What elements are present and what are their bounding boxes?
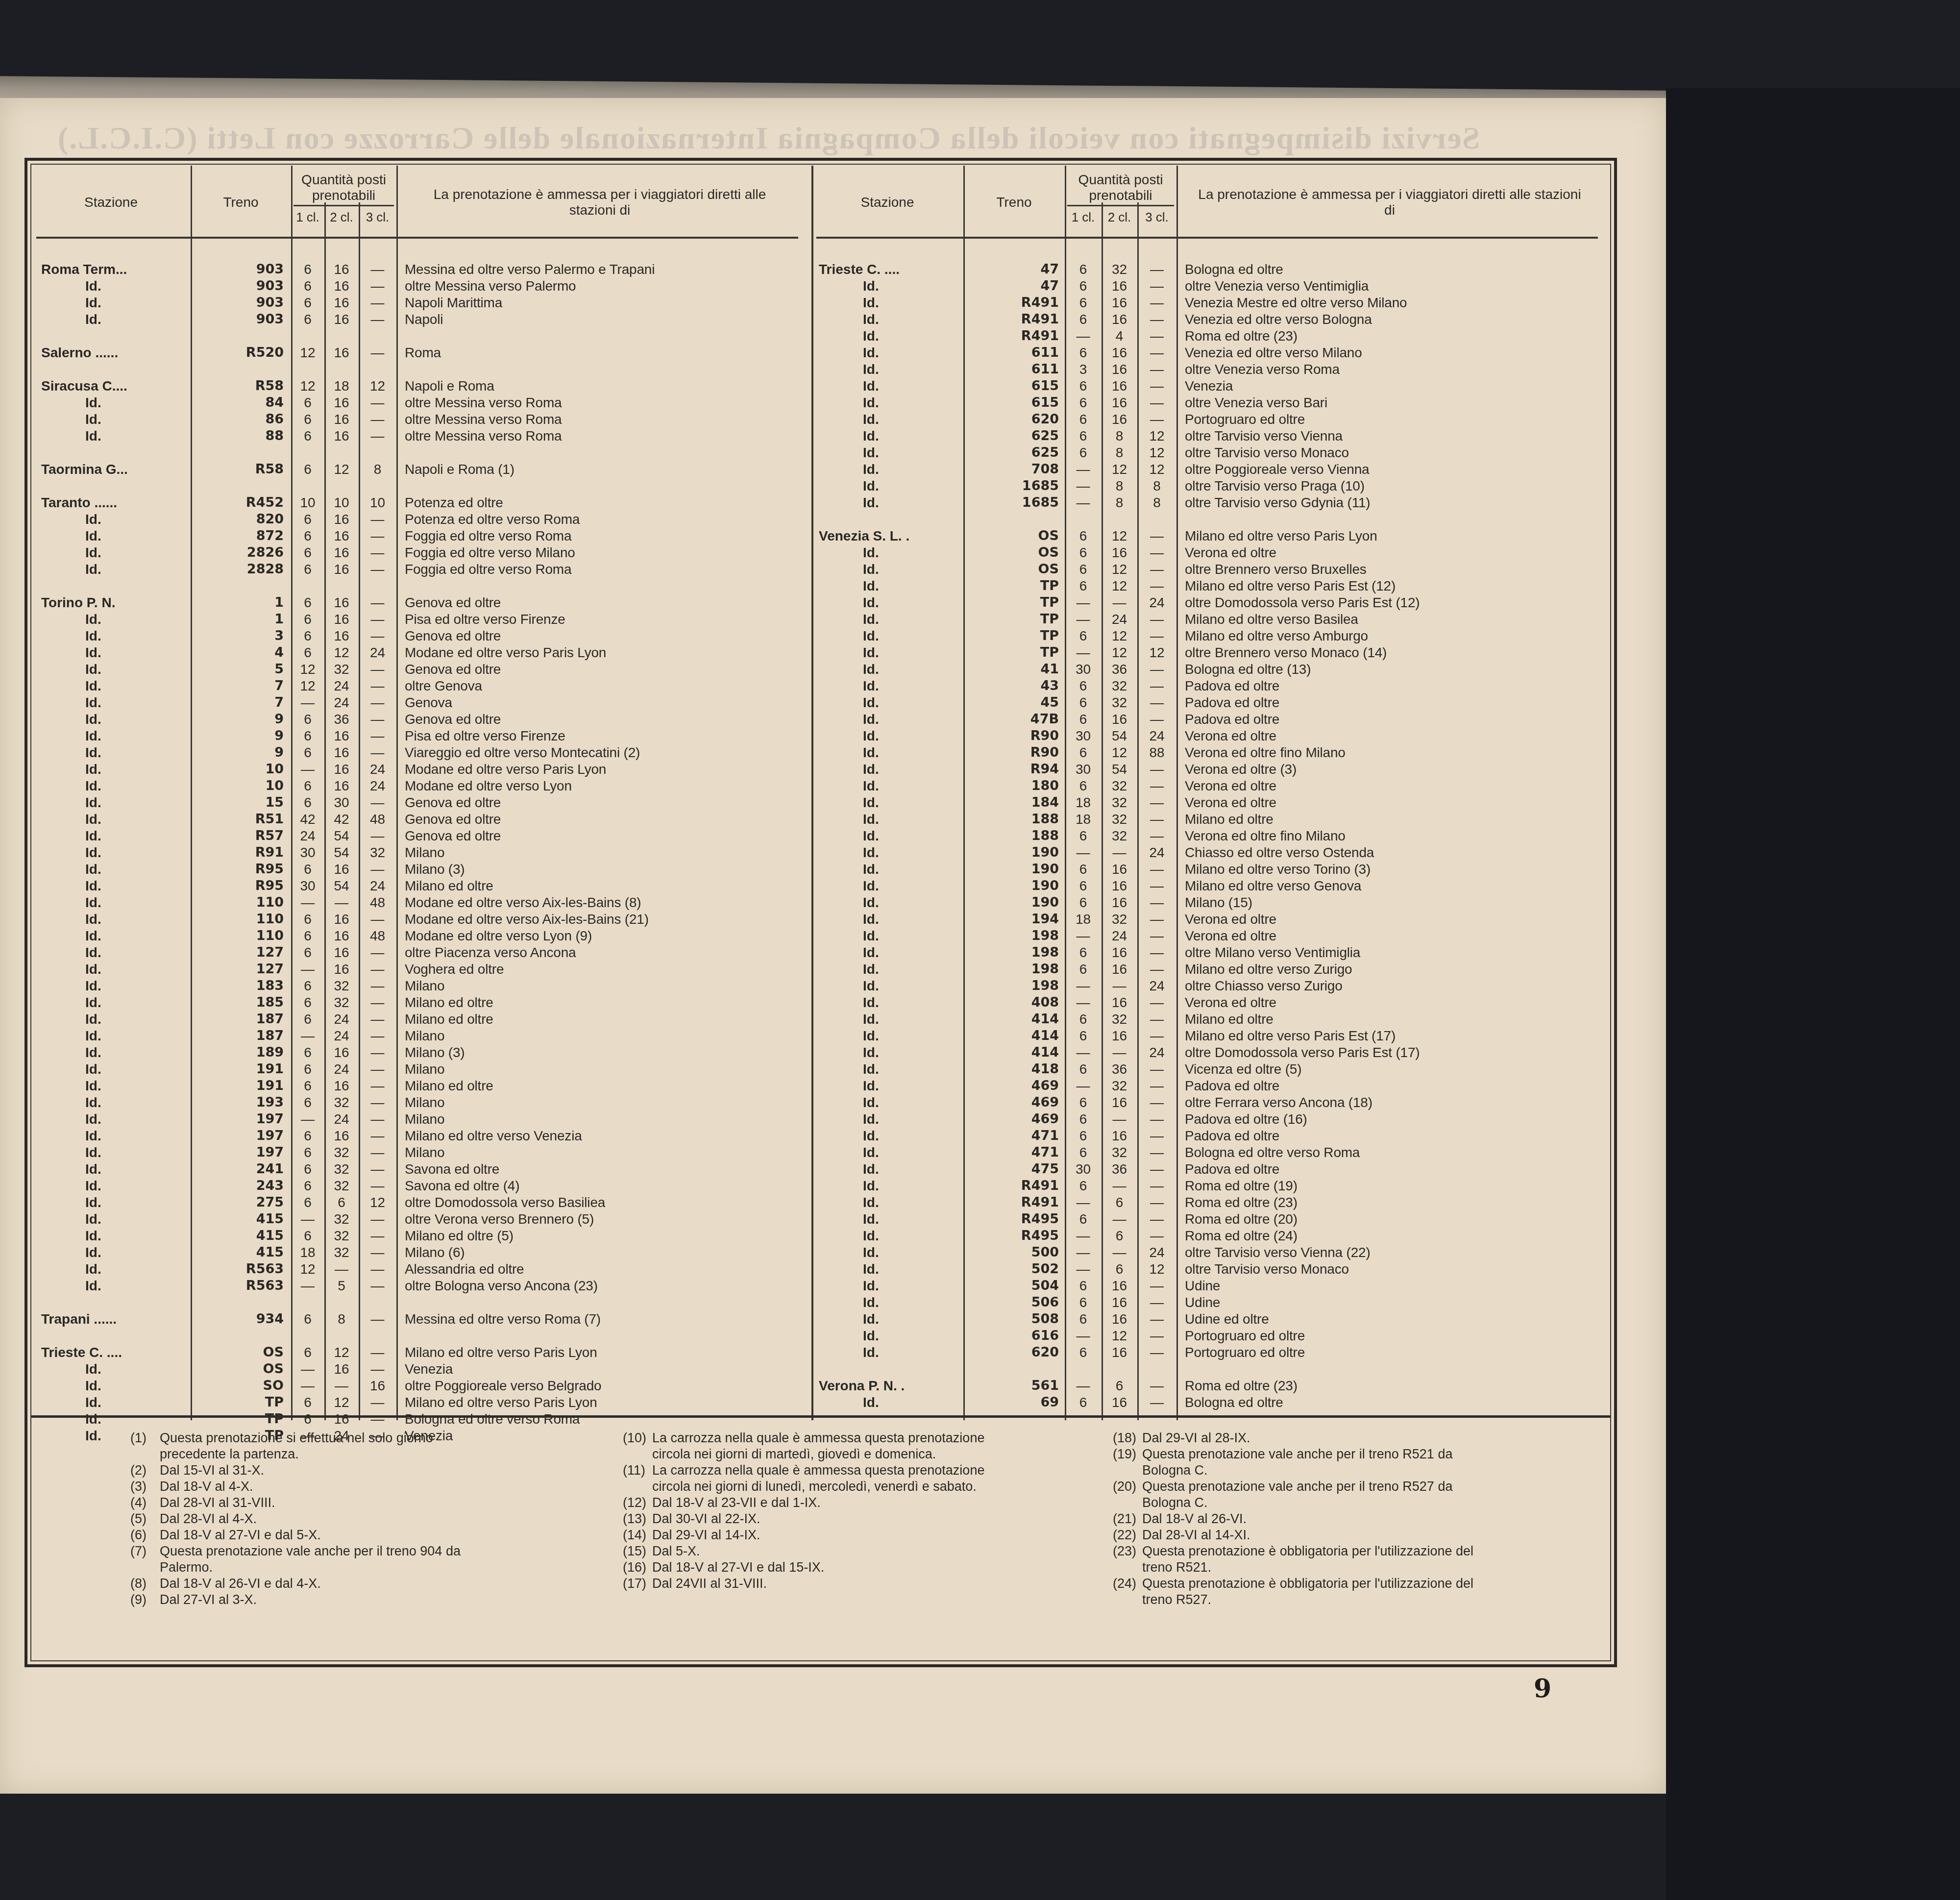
class2-seats: 42 bbox=[324, 811, 359, 828]
table-row: Id.9616—Viareggio ed oltre verso Monteca… bbox=[31, 744, 808, 761]
class2-seats: 12 bbox=[324, 1394, 359, 1411]
destination-cell: Milano ed oltre verso Paris Est (12) bbox=[1179, 578, 1611, 594]
class3-seats: — bbox=[359, 1361, 396, 1378]
train-cell: 625 bbox=[966, 444, 1059, 461]
class2-seats: 16 bbox=[1102, 278, 1137, 295]
class2-seats: 16 bbox=[324, 778, 359, 794]
table-row: Id.903616—Napoli bbox=[31, 311, 808, 328]
table-row: Id.190616—Milano (15) bbox=[811, 894, 1613, 911]
table-row: Id.188632—Verona ed oltre fino Milano bbox=[811, 828, 1613, 844]
header-rule bbox=[294, 205, 394, 206]
destination-cell: Genova ed oltre bbox=[399, 794, 807, 811]
class3-seats: — bbox=[359, 528, 396, 544]
header-station: Stazione bbox=[31, 166, 191, 239]
destination-cell: Milano ed oltre bbox=[1179, 1011, 1611, 1028]
class2-seats: 16 bbox=[1102, 1311, 1137, 1328]
class1-seats: 6 bbox=[291, 561, 324, 578]
train-cell: 415 bbox=[193, 1211, 284, 1228]
destination-cell: Verona ed oltre bbox=[1179, 994, 1611, 1011]
destination-cell: oltre Venezia verso Bari bbox=[1179, 395, 1611, 411]
class2-seats: 30 bbox=[324, 794, 359, 811]
header-destination: La prenotazione è ammessa per i viaggiat… bbox=[1181, 166, 1598, 239]
class3-seats: — bbox=[359, 961, 396, 978]
class1-seats: — bbox=[1065, 1328, 1102, 1344]
train-cell: 471 bbox=[966, 1144, 1059, 1161]
train-cell: R90 bbox=[966, 744, 1059, 761]
class1-seats: 12 bbox=[291, 678, 324, 694]
station-cell: Salerno ...... bbox=[41, 345, 188, 361]
class2-seats: 12 bbox=[1102, 628, 1137, 644]
class3-seats: — bbox=[1137, 1011, 1176, 1028]
footnote: (16)Dal 18-V al 27-VI e dal 15-IX. bbox=[623, 1559, 995, 1576]
train-cell: 504 bbox=[966, 1278, 1059, 1294]
class2-seats: 16 bbox=[324, 428, 359, 444]
footnote: (7)Questa prenotazione vale anche per il… bbox=[130, 1543, 503, 1576]
class2-seats: 16 bbox=[1102, 1278, 1137, 1294]
class2-seats: 18 bbox=[324, 378, 359, 395]
destination-cell: Milano bbox=[399, 1111, 807, 1128]
table-row: Id.198616—oltre Milano verso Ventimiglia bbox=[811, 944, 1613, 961]
table-row: Id.OS616—Verona ed oltre bbox=[811, 544, 1613, 561]
class2-seats: 4 bbox=[1102, 328, 1137, 345]
destination-cell: Modane ed oltre verso Paris Lyon bbox=[399, 644, 807, 661]
class2-seats: 16 bbox=[324, 1361, 359, 1378]
destination-cell: Savona ed oltre (4) bbox=[399, 1178, 807, 1194]
class3-seats: — bbox=[1137, 1211, 1176, 1228]
destination-cell: Milano bbox=[399, 1028, 807, 1044]
footnote-text: Dal 18-V al 23-VII e dal 1-IX. bbox=[652, 1495, 995, 1511]
class3-seats: — bbox=[359, 395, 396, 411]
destination-cell: Foggia ed oltre verso Milano bbox=[399, 544, 807, 561]
class1-seats: 6 bbox=[291, 528, 324, 544]
train-cell: SO bbox=[193, 1378, 284, 1394]
class2-seats: 24 bbox=[1102, 611, 1137, 628]
class2-seats: 16 bbox=[1102, 361, 1137, 378]
footnote-text: Dal 28-VI al 31-VIII. bbox=[160, 1495, 503, 1511]
class3-seats: — bbox=[1137, 1178, 1176, 1194]
class2-seats: 8 bbox=[1102, 444, 1137, 461]
footnote-mark: (17) bbox=[623, 1576, 652, 1592]
station-cell: Trapani ...... bbox=[41, 1311, 188, 1328]
class2-seats: 32 bbox=[1102, 1078, 1137, 1094]
destination-cell: Milano ed oltre bbox=[399, 878, 807, 894]
class2-seats: 16 bbox=[1102, 1394, 1137, 1411]
destination-cell: Potenza ed oltre bbox=[399, 494, 807, 511]
destination-cell: Padova ed oltre bbox=[1179, 1161, 1611, 1178]
train-cell: R491 bbox=[966, 1194, 1059, 1211]
class1-seats: — bbox=[291, 1278, 324, 1294]
table-row: Id.191616—Milano ed oltre bbox=[31, 1078, 808, 1094]
class3-seats: — bbox=[359, 1311, 396, 1328]
train-cell: 414 bbox=[966, 1044, 1059, 1061]
train-cell: 625 bbox=[966, 428, 1059, 444]
class3-seats: — bbox=[1137, 794, 1176, 811]
table-left-half: Stazione Treno Quantità posti prenotabil… bbox=[31, 166, 808, 1420]
class3-seats: — bbox=[359, 1394, 396, 1411]
table-row: Roma Term...903616—Messina ed oltre vers… bbox=[31, 261, 808, 278]
destination-cell: Roma ed oltre (20) bbox=[1179, 1211, 1611, 1228]
train-cell: 408 bbox=[966, 994, 1059, 1011]
table-row: Taormina G...R586128Napoli e Roma (1) bbox=[31, 461, 808, 478]
class3-seats: — bbox=[1137, 1294, 1176, 1311]
train-cell: 45 bbox=[966, 694, 1059, 711]
destination-cell: oltre Venezia verso Roma bbox=[1179, 361, 1611, 378]
class3-seats: — bbox=[359, 1261, 396, 1278]
class3-seats: — bbox=[1137, 1028, 1176, 1044]
class1-seats: 6 bbox=[1065, 311, 1102, 328]
table-row: Id.193632—Milano bbox=[31, 1094, 808, 1111]
class3-seats: — bbox=[359, 1011, 396, 1028]
class1-seats: 30 bbox=[1065, 1161, 1102, 1178]
destination-cell: Verona ed oltre bbox=[1179, 544, 1611, 561]
destination-cell: oltre Tarvisio verso Monaco bbox=[1179, 444, 1611, 461]
destination-cell: oltre Domodossola verso Paris Est (12) bbox=[1179, 594, 1611, 611]
class3-seats: — bbox=[1137, 661, 1176, 678]
table-row: Id.TP612—Milano ed oltre verso Amburgo bbox=[811, 628, 1613, 644]
destination-cell: oltre Verona verso Brennero (5) bbox=[399, 1211, 807, 1228]
table-row: Id.2828616—Foggia ed oltre verso Roma bbox=[31, 561, 808, 578]
class1-seats: 6 bbox=[291, 628, 324, 644]
class1-seats: 6 bbox=[291, 395, 324, 411]
destination-cell: Genova ed oltre bbox=[399, 628, 807, 644]
class3-seats: 24 bbox=[359, 644, 396, 661]
table-row: Id.R563—5—oltre Bologna verso Ancona (23… bbox=[31, 1278, 808, 1294]
class3-seats: — bbox=[359, 1211, 396, 1228]
class2-seats: 16 bbox=[1102, 994, 1137, 1011]
class1-seats: 6 bbox=[1065, 1278, 1102, 1294]
class2-seats: 32 bbox=[324, 661, 359, 678]
header-class2: 2 cl. bbox=[1102, 210, 1137, 225]
class2-seats: 16 bbox=[324, 345, 359, 361]
class2-seats: 16 bbox=[324, 528, 359, 544]
footnote-mark: (14) bbox=[623, 1527, 652, 1543]
class2-seats: — bbox=[1102, 844, 1137, 861]
class2-seats: — bbox=[1102, 1178, 1137, 1194]
destination-cell: oltre Chiasso verso Zurigo bbox=[1179, 978, 1611, 994]
class2-seats: 16 bbox=[324, 628, 359, 644]
class2-seats: 16 bbox=[1102, 311, 1137, 328]
class3-seats: 10 bbox=[359, 494, 396, 511]
class2-seats: 12 bbox=[1102, 578, 1137, 594]
class2-seats: 32 bbox=[1102, 811, 1137, 828]
table-row: Id.500——24oltre Tarvisio verso Vienna (2… bbox=[811, 1244, 1613, 1261]
class3-seats: — bbox=[359, 728, 396, 744]
table-row: Id.R491616—Venezia ed oltre verso Bologn… bbox=[811, 311, 1613, 328]
class1-seats: 6 bbox=[291, 594, 324, 611]
table-row: Id.SO——16oltre Poggioreale verso Belgrad… bbox=[31, 1378, 808, 1394]
class2-seats: 54 bbox=[324, 878, 359, 894]
train-cell: 180 bbox=[966, 778, 1059, 794]
header-class3: 3 cl. bbox=[1137, 210, 1176, 225]
footnote-text: Questa prenotazione è obbligatoria per l… bbox=[1142, 1576, 1485, 1608]
destination-cell: Milano ed oltre (5) bbox=[399, 1228, 807, 1244]
footnote-mark: (3) bbox=[130, 1479, 160, 1495]
table-row: Id.4753036—Padova ed oltre bbox=[811, 1161, 1613, 1178]
footnote-mark: (8) bbox=[130, 1576, 160, 1592]
table-row: Id.708—1212oltre Poggioreale verso Vienn… bbox=[811, 461, 1613, 478]
table-row: Id.R4956——Roma ed oltre (20) bbox=[811, 1211, 1613, 1228]
class1-seats: — bbox=[291, 694, 324, 711]
table-row: Id.189616—Milano (3) bbox=[31, 1044, 808, 1061]
class1-seats: 6 bbox=[1065, 428, 1102, 444]
class1-seats: 6 bbox=[1065, 561, 1102, 578]
train-cell: 903 bbox=[193, 295, 284, 311]
destination-cell: Napoli Marittima bbox=[399, 295, 807, 311]
class1-seats: 10 bbox=[291, 494, 324, 511]
destination-cell: Napoli bbox=[399, 311, 807, 328]
class1-seats: — bbox=[291, 1111, 324, 1128]
destination-cell: Venezia ed oltre verso Milano bbox=[1179, 345, 1611, 361]
class3-seats: — bbox=[359, 711, 396, 728]
destination-cell: oltre Genova bbox=[399, 678, 807, 694]
class1-seats: 6 bbox=[1065, 961, 1102, 978]
destination-cell: Milano ed oltre bbox=[399, 1078, 807, 1094]
class3-seats: — bbox=[1137, 578, 1176, 594]
class2-seats: 16 bbox=[1102, 295, 1137, 311]
train-cell: TP bbox=[966, 644, 1059, 661]
class1-seats: — bbox=[1065, 1261, 1102, 1278]
class2-seats: 36 bbox=[1102, 661, 1137, 678]
footnote-text: Questa prenotazione è obbligatoria per l… bbox=[1142, 1543, 1485, 1576]
class2-seats: 8 bbox=[1102, 428, 1137, 444]
table-row: Id.408—16—Verona ed oltre bbox=[811, 994, 1613, 1011]
class3-seats: — bbox=[359, 1044, 396, 1061]
class3-seats: — bbox=[359, 411, 396, 428]
class3-seats: — bbox=[359, 261, 396, 278]
destination-cell: Milano ed oltre verso Paris Lyon bbox=[399, 1394, 807, 1411]
footnote: (4)Dal 28-VI al 31-VIII. bbox=[130, 1495, 503, 1511]
class3-seats: 12 bbox=[1137, 644, 1176, 661]
table-row: Id.R90305424Verona ed oltre bbox=[811, 728, 1613, 744]
train-cell: 193 bbox=[193, 1094, 284, 1111]
station-cell: Venezia S. L. . bbox=[819, 528, 961, 544]
table-row: Id.611616—Venezia ed oltre verso Milano bbox=[811, 345, 1613, 361]
table-row: Id.47B616—Padova ed oltre bbox=[811, 711, 1613, 728]
class2-seats: 32 bbox=[1102, 1011, 1137, 1028]
footnotes-col1: (1)Questa prenotazione si effettua nel s… bbox=[130, 1430, 503, 1608]
class3-seats: — bbox=[1137, 994, 1176, 1011]
footnote: (23)Questa prenotazione è obbligatoria p… bbox=[1113, 1543, 1485, 1576]
train-cell: 43 bbox=[966, 678, 1059, 694]
train-cell: 197 bbox=[193, 1144, 284, 1161]
class3-seats: — bbox=[359, 594, 396, 611]
train-cell: OS bbox=[193, 1361, 284, 1378]
class1-seats: 6 bbox=[291, 1178, 324, 1194]
train-cell: R91 bbox=[193, 844, 284, 861]
class3-seats: — bbox=[1137, 628, 1176, 644]
class2-seats: 16 bbox=[1102, 711, 1137, 728]
destination-cell: oltre Bologna verso Ancona (23) bbox=[399, 1278, 807, 1294]
class2-seats: 32 bbox=[1102, 678, 1137, 694]
class1-seats: 6 bbox=[291, 1344, 324, 1361]
train-cell: R491 bbox=[966, 1178, 1059, 1194]
footnote-text: Dal 29-VI al 28-IX. bbox=[1142, 1430, 1485, 1446]
table-row: Id.47616—oltre Venezia verso Ventimiglia bbox=[811, 278, 1613, 295]
train-cell: TP bbox=[966, 611, 1059, 628]
class2-seats: 24 bbox=[324, 1028, 359, 1044]
footnote-mark: (10) bbox=[623, 1430, 652, 1462]
table-row: Id.9616—Pisa ed oltre verso Firenze bbox=[31, 728, 808, 744]
table-row: Id.1941832—Verona ed oltre bbox=[811, 911, 1613, 928]
class1-seats: — bbox=[1065, 978, 1102, 994]
class3-seats: — bbox=[1137, 1394, 1176, 1411]
class1-seats: — bbox=[1065, 461, 1102, 478]
train-cell: 469 bbox=[966, 1111, 1059, 1128]
table-row: Id.6256812oltre Tarvisio verso Monaco bbox=[811, 444, 1613, 461]
class1-seats: 6 bbox=[1065, 944, 1102, 961]
train-cell: 198 bbox=[966, 944, 1059, 961]
class3-seats: — bbox=[1137, 345, 1176, 361]
destination-cell: Pisa ed oltre verso Firenze bbox=[399, 611, 807, 628]
class3-seats: 24 bbox=[1137, 728, 1176, 744]
table-row: Id.872616—Foggia ed oltre verso Roma bbox=[31, 528, 808, 544]
class3-seats: 24 bbox=[1137, 978, 1176, 994]
class2-seats: 16 bbox=[1102, 1344, 1137, 1361]
class1-seats: 6 bbox=[291, 1411, 324, 1428]
train-cell: 9 bbox=[193, 711, 284, 728]
class3-seats: — bbox=[359, 1028, 396, 1044]
class1-seats: 6 bbox=[291, 1011, 324, 1028]
class3-seats: — bbox=[359, 911, 396, 928]
table-row: Id.R9061288Verona ed oltre fino Milano bbox=[811, 744, 1613, 761]
train-cell: R495 bbox=[966, 1211, 1059, 1228]
class3-seats: — bbox=[359, 794, 396, 811]
class2-seats: 32 bbox=[1102, 794, 1137, 811]
destination-cell: Voghera ed oltre bbox=[399, 961, 807, 978]
table-row: Id.TP—1212oltre Brennero verso Monaco (1… bbox=[811, 644, 1613, 661]
class1-seats: 6 bbox=[291, 1194, 324, 1211]
footnote-mark: (6) bbox=[130, 1527, 160, 1543]
footnote-text: Dal 18-V al 26-VI e dal 4-X. bbox=[160, 1576, 503, 1592]
class3-seats: — bbox=[1137, 1194, 1176, 1211]
destination-cell: Verona ed oltre bbox=[1179, 928, 1611, 944]
class2-seats: 24 bbox=[324, 678, 359, 694]
train-cell: 10 bbox=[193, 778, 284, 794]
class3-seats: — bbox=[359, 1144, 396, 1161]
class1-seats: 6 bbox=[1065, 1144, 1102, 1161]
class3-seats: 12 bbox=[359, 1194, 396, 1211]
destination-cell: Genova bbox=[399, 694, 807, 711]
class3-seats: — bbox=[359, 994, 396, 1011]
train-cell: 506 bbox=[966, 1294, 1059, 1311]
class1-seats: 6 bbox=[291, 1061, 324, 1078]
table-row: Id.1685—88oltre Tarvisio verso Praga (10… bbox=[811, 478, 1613, 494]
train-cell: 198 bbox=[966, 961, 1059, 978]
header-seats: Quantità posti prenotabili bbox=[291, 168, 396, 207]
destination-cell: Milano ed oltre bbox=[399, 1011, 807, 1028]
train-cell: 188 bbox=[966, 811, 1059, 828]
class2-seats: — bbox=[1102, 1111, 1137, 1128]
header-rule bbox=[1067, 205, 1174, 206]
class2-seats: — bbox=[324, 1261, 359, 1278]
destination-cell: Genova ed oltre bbox=[399, 594, 807, 611]
class3-seats: 12 bbox=[1137, 428, 1176, 444]
class2-seats: 32 bbox=[324, 1144, 359, 1161]
footnote-mark: (7) bbox=[130, 1543, 160, 1576]
table-row: Id.183632—Milano bbox=[31, 978, 808, 994]
footnote: (6)Dal 18-V al 27-VI e dal 5-X. bbox=[130, 1527, 503, 1543]
class1-seats: — bbox=[1065, 1378, 1102, 1394]
class1-seats: — bbox=[1065, 1194, 1102, 1211]
train-cell: 708 bbox=[966, 461, 1059, 478]
class1-seats: 6 bbox=[1065, 395, 1102, 411]
table-row: Id.504616—Udine bbox=[811, 1278, 1613, 1294]
class1-seats: 6 bbox=[1065, 628, 1102, 644]
train-cell: TP bbox=[193, 1411, 284, 1428]
class3-seats: — bbox=[1137, 395, 1176, 411]
class1-seats: 6 bbox=[1065, 528, 1102, 544]
destination-cell: oltre Tarvisio verso Vienna (22) bbox=[1179, 1244, 1611, 1261]
class3-seats: — bbox=[359, 295, 396, 311]
destination-cell: Messina ed oltre verso Palermo e Trapani bbox=[399, 261, 807, 278]
class1-seats: 30 bbox=[1065, 761, 1102, 778]
train-cell: 47B bbox=[966, 711, 1059, 728]
train-cell: 903 bbox=[193, 261, 284, 278]
class3-seats: — bbox=[1137, 694, 1176, 711]
train-cell: 620 bbox=[966, 411, 1059, 428]
destination-cell: Verona ed oltre bbox=[1179, 728, 1611, 744]
class2-seats: 32 bbox=[324, 994, 359, 1011]
class3-seats: 8 bbox=[1137, 478, 1176, 494]
class2-seats: 16 bbox=[324, 311, 359, 328]
station-cell: Trieste C. .... bbox=[41, 1344, 188, 1361]
footnote: (5)Dal 28-VI al 4-X. bbox=[130, 1511, 503, 1527]
bleed-through-header: Servizi disimpegnati con veicoli della C… bbox=[157, 120, 1480, 154]
table-row: Id.620616—Portogruaro ed oltre bbox=[811, 1344, 1613, 1361]
table-row: Trapani ......93468—Messina ed oltre ver… bbox=[31, 1311, 808, 1328]
class2-seats: 24 bbox=[324, 1011, 359, 1028]
destination-cell: Modane ed oltre verso Aix-les-Bains (8) bbox=[399, 894, 807, 911]
destination-cell: oltre Venezia verso Ventimiglia bbox=[1179, 278, 1611, 295]
train-cell: OS bbox=[966, 528, 1059, 544]
class2-seats: 32 bbox=[1102, 778, 1137, 794]
class2-seats: 32 bbox=[324, 1228, 359, 1244]
table-row: Id.197—24—Milano bbox=[31, 1111, 808, 1128]
class2-seats: 16 bbox=[324, 944, 359, 961]
footnote-text: Dal 15-VI al 31-X. bbox=[160, 1462, 503, 1479]
table-row: Id.1061624Modane ed oltre verso Lyon bbox=[31, 778, 808, 794]
class1-seats: 42 bbox=[291, 811, 324, 828]
destination-cell: oltre Milano verso Ventimiglia bbox=[1179, 944, 1611, 961]
table-row: Id.R572454—Genova ed oltre bbox=[31, 828, 808, 844]
destination-cell: Milano bbox=[399, 844, 807, 861]
class1-seats: — bbox=[1065, 994, 1102, 1011]
table-row: Id.R491616—Venezia Mestre ed oltre verso… bbox=[811, 295, 1613, 311]
class2-seats: 16 bbox=[1102, 378, 1137, 395]
destination-cell: Bologna ed oltre bbox=[1179, 261, 1611, 278]
class1-seats: 6 bbox=[291, 511, 324, 528]
class2-seats: 12 bbox=[1102, 461, 1137, 478]
class1-seats: 6 bbox=[291, 1394, 324, 1411]
train-cell: 190 bbox=[966, 844, 1059, 861]
class1-seats: — bbox=[1065, 928, 1102, 944]
train-cell: 500 bbox=[966, 1244, 1059, 1261]
class3-seats: 48 bbox=[359, 928, 396, 944]
class1-seats: — bbox=[291, 961, 324, 978]
destination-cell: Genova ed oltre bbox=[399, 661, 807, 678]
class3-seats: — bbox=[359, 861, 396, 878]
destination-cell: Viareggio ed oltre verso Montecatini (2) bbox=[399, 744, 807, 761]
train-cell: 191 bbox=[193, 1078, 284, 1094]
class1-seats: — bbox=[1065, 644, 1102, 661]
table-row: Id.190616—Milano ed oltre verso Genova bbox=[811, 878, 1613, 894]
class3-seats: — bbox=[1137, 894, 1176, 911]
table-row: Id.9636—Genova ed oltre bbox=[31, 711, 808, 728]
class1-seats: 6 bbox=[291, 1161, 324, 1178]
class2-seats: 54 bbox=[1102, 728, 1137, 744]
footnote-mark: (1) bbox=[130, 1430, 160, 1462]
train-cell: 194 bbox=[966, 911, 1059, 928]
